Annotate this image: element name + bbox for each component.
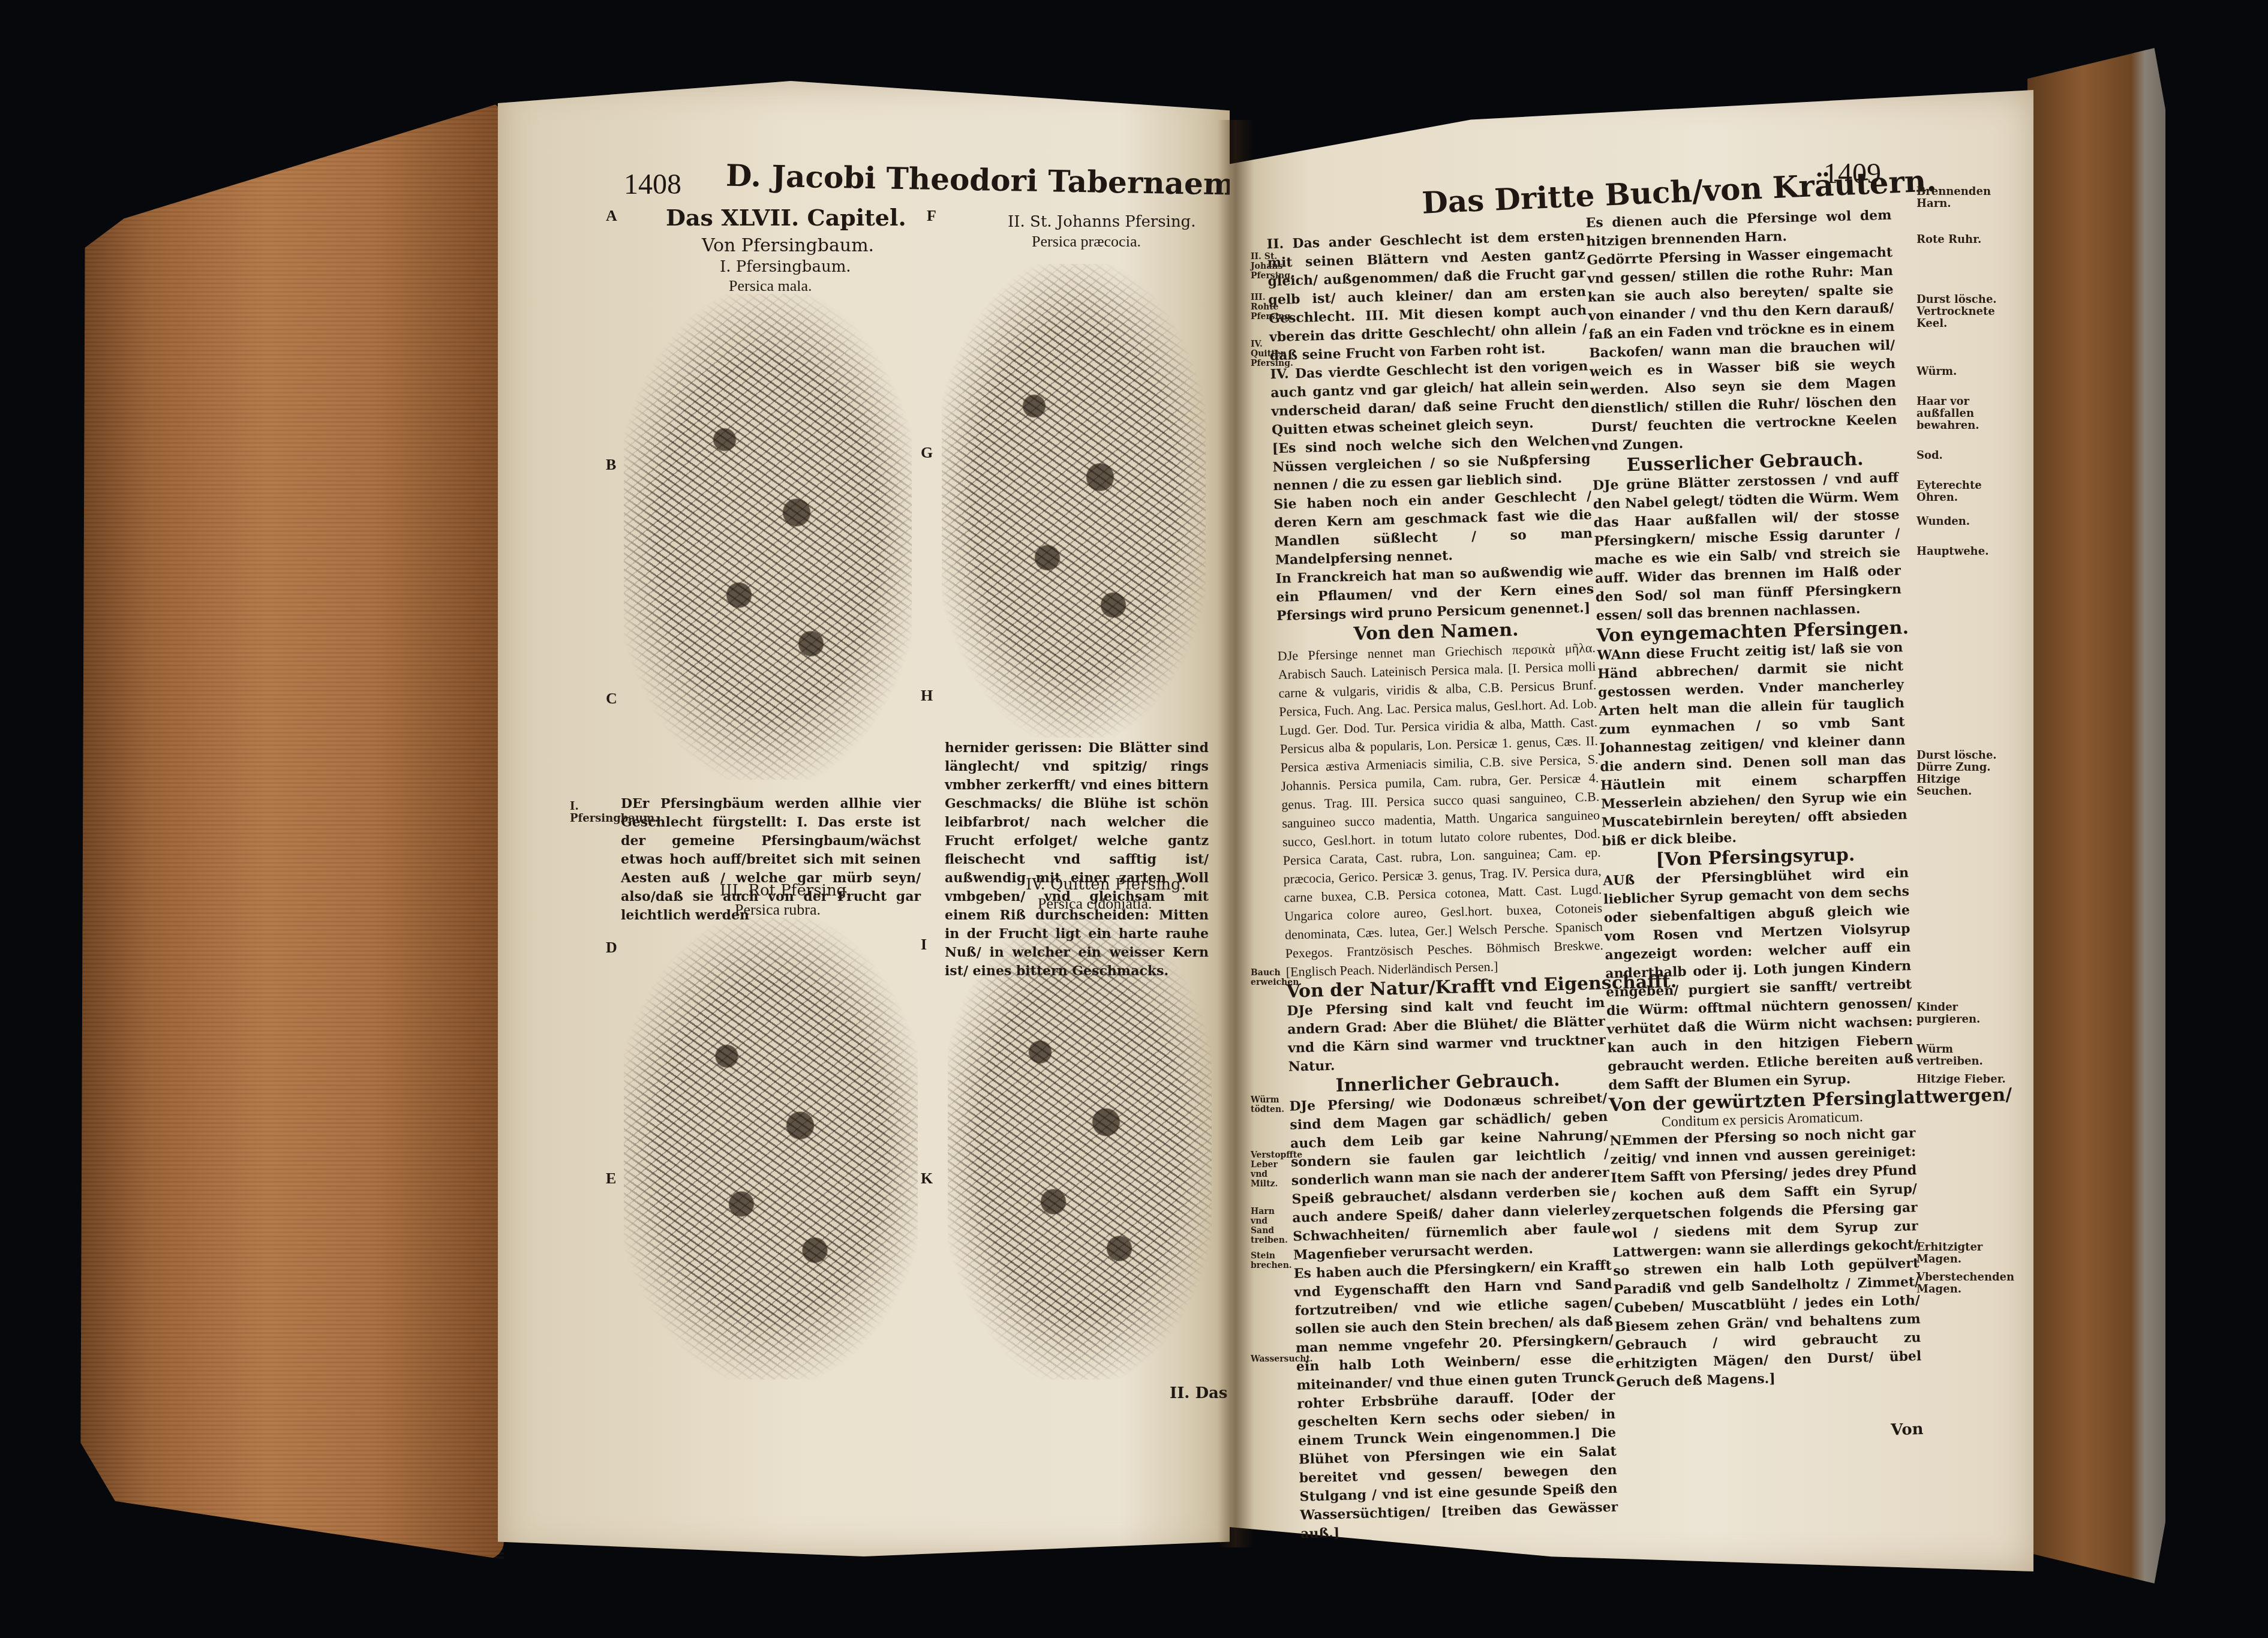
woodcut-peach-tree-2 bbox=[942, 264, 1206, 738]
marker-k: K bbox=[921, 1170, 933, 1188]
figure-1-latin: Persica mala. bbox=[729, 277, 812, 295]
right-column-2: Es dienen auch die Pfersinge wol dem hit… bbox=[1585, 206, 1924, 1447]
figure-3-title: III. Rot Pfersing. bbox=[720, 882, 852, 900]
marker-b: B bbox=[606, 456, 616, 474]
left-margin-note: I. Pfersingbaum. bbox=[570, 801, 612, 825]
woodcut-peach-tree-3 bbox=[624, 918, 918, 1379]
marker-d: D bbox=[606, 939, 617, 957]
right-page-number: 1409 bbox=[1824, 157, 1881, 190]
figure-2-latin: Persica præcocia. bbox=[1032, 233, 1141, 251]
figure-4-title: IV. Quitten Pfersing. bbox=[1026, 876, 1186, 894]
woodcut-peach-tree-4 bbox=[948, 912, 1212, 1379]
marker-i: I bbox=[921, 936, 927, 954]
open-book: 1408 D. Jacobi Theodori Tabernaemontani/… bbox=[0, 0, 2268, 1638]
right-inner-margin-notes: II. St. Johans Pfersing. III. Rohte Pfer… bbox=[1251, 252, 1287, 1364]
figure-1-title: I. Pfersingbaum. bbox=[720, 258, 851, 276]
woodcut-peach-tree-1 bbox=[624, 294, 912, 780]
marker-h: H bbox=[921, 687, 933, 705]
chapter-title: Von Pfersingbaum. bbox=[702, 235, 874, 256]
figure-3-latin: Persica rubra. bbox=[735, 901, 821, 919]
right-column-1: II. Das ander Geschlecht ist dem ersten … bbox=[1267, 227, 1619, 1543]
figure-4-latin: Persica cidoniatia. bbox=[1038, 895, 1152, 913]
chapter-number: Das XLVII. Capitel. bbox=[666, 204, 906, 231]
marker-f: F bbox=[927, 207, 936, 225]
marker-c: C bbox=[606, 690, 617, 708]
marker-g: G bbox=[921, 444, 933, 462]
right-fore-edge bbox=[2027, 48, 2165, 1583]
left-fore-edge bbox=[72, 102, 504, 1559]
book-gutter bbox=[1218, 120, 1254, 1547]
right-margin-notes: Brennenden Harn. Rote Ruhr. Durst lösche… bbox=[1916, 186, 2006, 1296]
figure-2-title: II. St. Johanns Pfersing. bbox=[1008, 213, 1196, 231]
marker-a: A bbox=[606, 207, 617, 225]
marker-e: E bbox=[606, 1170, 616, 1188]
left-description-text: hernider gerissen: Die Blätter sind läng… bbox=[945, 739, 1209, 981]
left-page-number: 1408 bbox=[624, 168, 681, 201]
